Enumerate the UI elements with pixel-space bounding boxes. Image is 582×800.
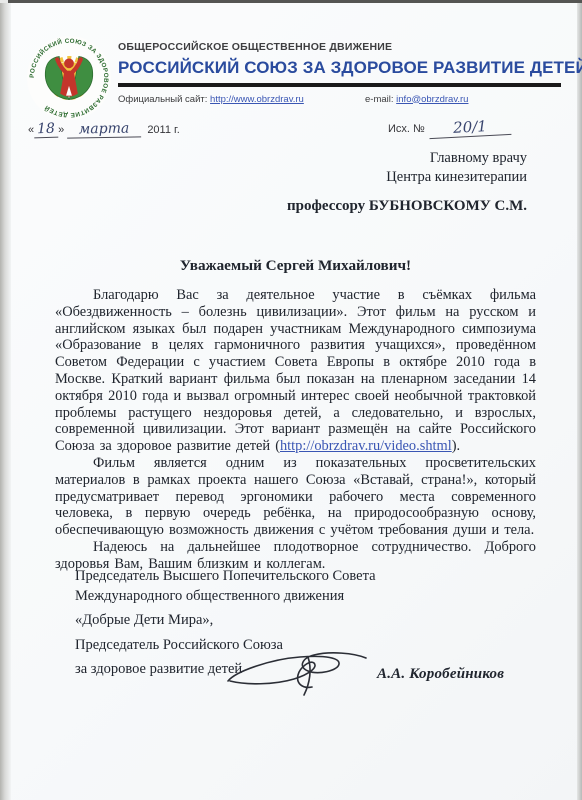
outgoing-number-line: Исх. №20/1 — [388, 118, 511, 137]
email-link[interactable]: info@obrzdrav.ru — [396, 94, 468, 105]
organization-logo: РОССИЙСКИЙ СОЮЗ ЗА ЗДОРОВОЕ РАЗВИТИЕ ДЕТ… — [26, 35, 112, 121]
movement-line: ОБЩЕРОССИЙСКОЕ ОБЩЕСТВЕННОЕ ДВИЖЕНИЕ — [118, 41, 561, 53]
signatory-name: А.А. Коробейников — [377, 666, 504, 683]
email-group: e-mail: info@obrzdrav.ru — [365, 94, 468, 105]
ref-label: Исх. № — [388, 123, 425, 135]
paragraph-1-closing: ). — [452, 438, 460, 454]
paragraph-1: Благодарю Вас за деятельное участие в съ… — [55, 287, 536, 455]
organization-name: РОССИЙСКИЙ СОЮЗ ЗА ЗДОРОВОЕ РАЗВИТИЕ ДЕТ… — [118, 58, 561, 78]
handwritten-ref-number: 20/1 — [428, 116, 511, 139]
handwritten-signature — [222, 645, 372, 703]
scan-edge-left — [0, 3, 11, 800]
scan-edge-top — [7, 0, 582, 3]
recipient-block: Главному врачу Центра кинезитерапии проф… — [287, 149, 527, 216]
signature-title-3: «Добрые Дети Мира», — [75, 612, 376, 629]
contacts-row: Официальный сайт: http://www.obrzdrav.ru… — [118, 94, 561, 107]
site-label: Официальный сайт: — [118, 94, 207, 105]
handwritten-month: марта — [67, 120, 141, 138]
email-label: e-mail: — [365, 94, 394, 105]
date-year: 2011 г. — [147, 124, 179, 136]
handwritten-day: 18 — [34, 121, 59, 139]
letter-body: Благодарю Вас за деятельное участие в съ… — [55, 287, 536, 573]
signature-title-2: Международного общественного движения — [75, 588, 376, 605]
paragraph-1-text: Благодарю Вас за деятельное участие в съ… — [55, 287, 536, 454]
scanned-letter-page: РОССИЙСКИЙ СОЮЗ ЗА ЗДОРОВОЕ РАЗВИТИЕ ДЕТ… — [0, 0, 582, 800]
recipient-name: профессору БУБНОВСКОМУ С.М. — [287, 197, 527, 216]
signature-title-1: Председатель Высшего Попечительского Сов… — [75, 568, 376, 585]
scan-edge-right — [577, 3, 582, 800]
letterhead-rule — [118, 83, 561, 87]
video-link[interactable]: http://obrzdrav.ru/video.shtml — [280, 438, 452, 454]
recipient-line-2: Центра кинезитерапии — [287, 168, 527, 187]
site-link[interactable]: http://www.obrzdrav.ru — [210, 94, 304, 105]
paragraph-2: Фильм является одним из показательных пр… — [55, 455, 536, 539]
salutation: Уважаемый Сергей Михайлович! — [55, 257, 536, 275]
date-line: «18»марта 2011 г. — [28, 121, 180, 138]
recipient-line-1: Главному врачу — [287, 149, 527, 168]
letterhead: ОБЩЕРОССИЙСКОЕ ОБЩЕСТВЕННОЕ ДВИЖЕНИЕ РОС… — [118, 41, 561, 107]
date-quote-close: » — [58, 124, 64, 136]
